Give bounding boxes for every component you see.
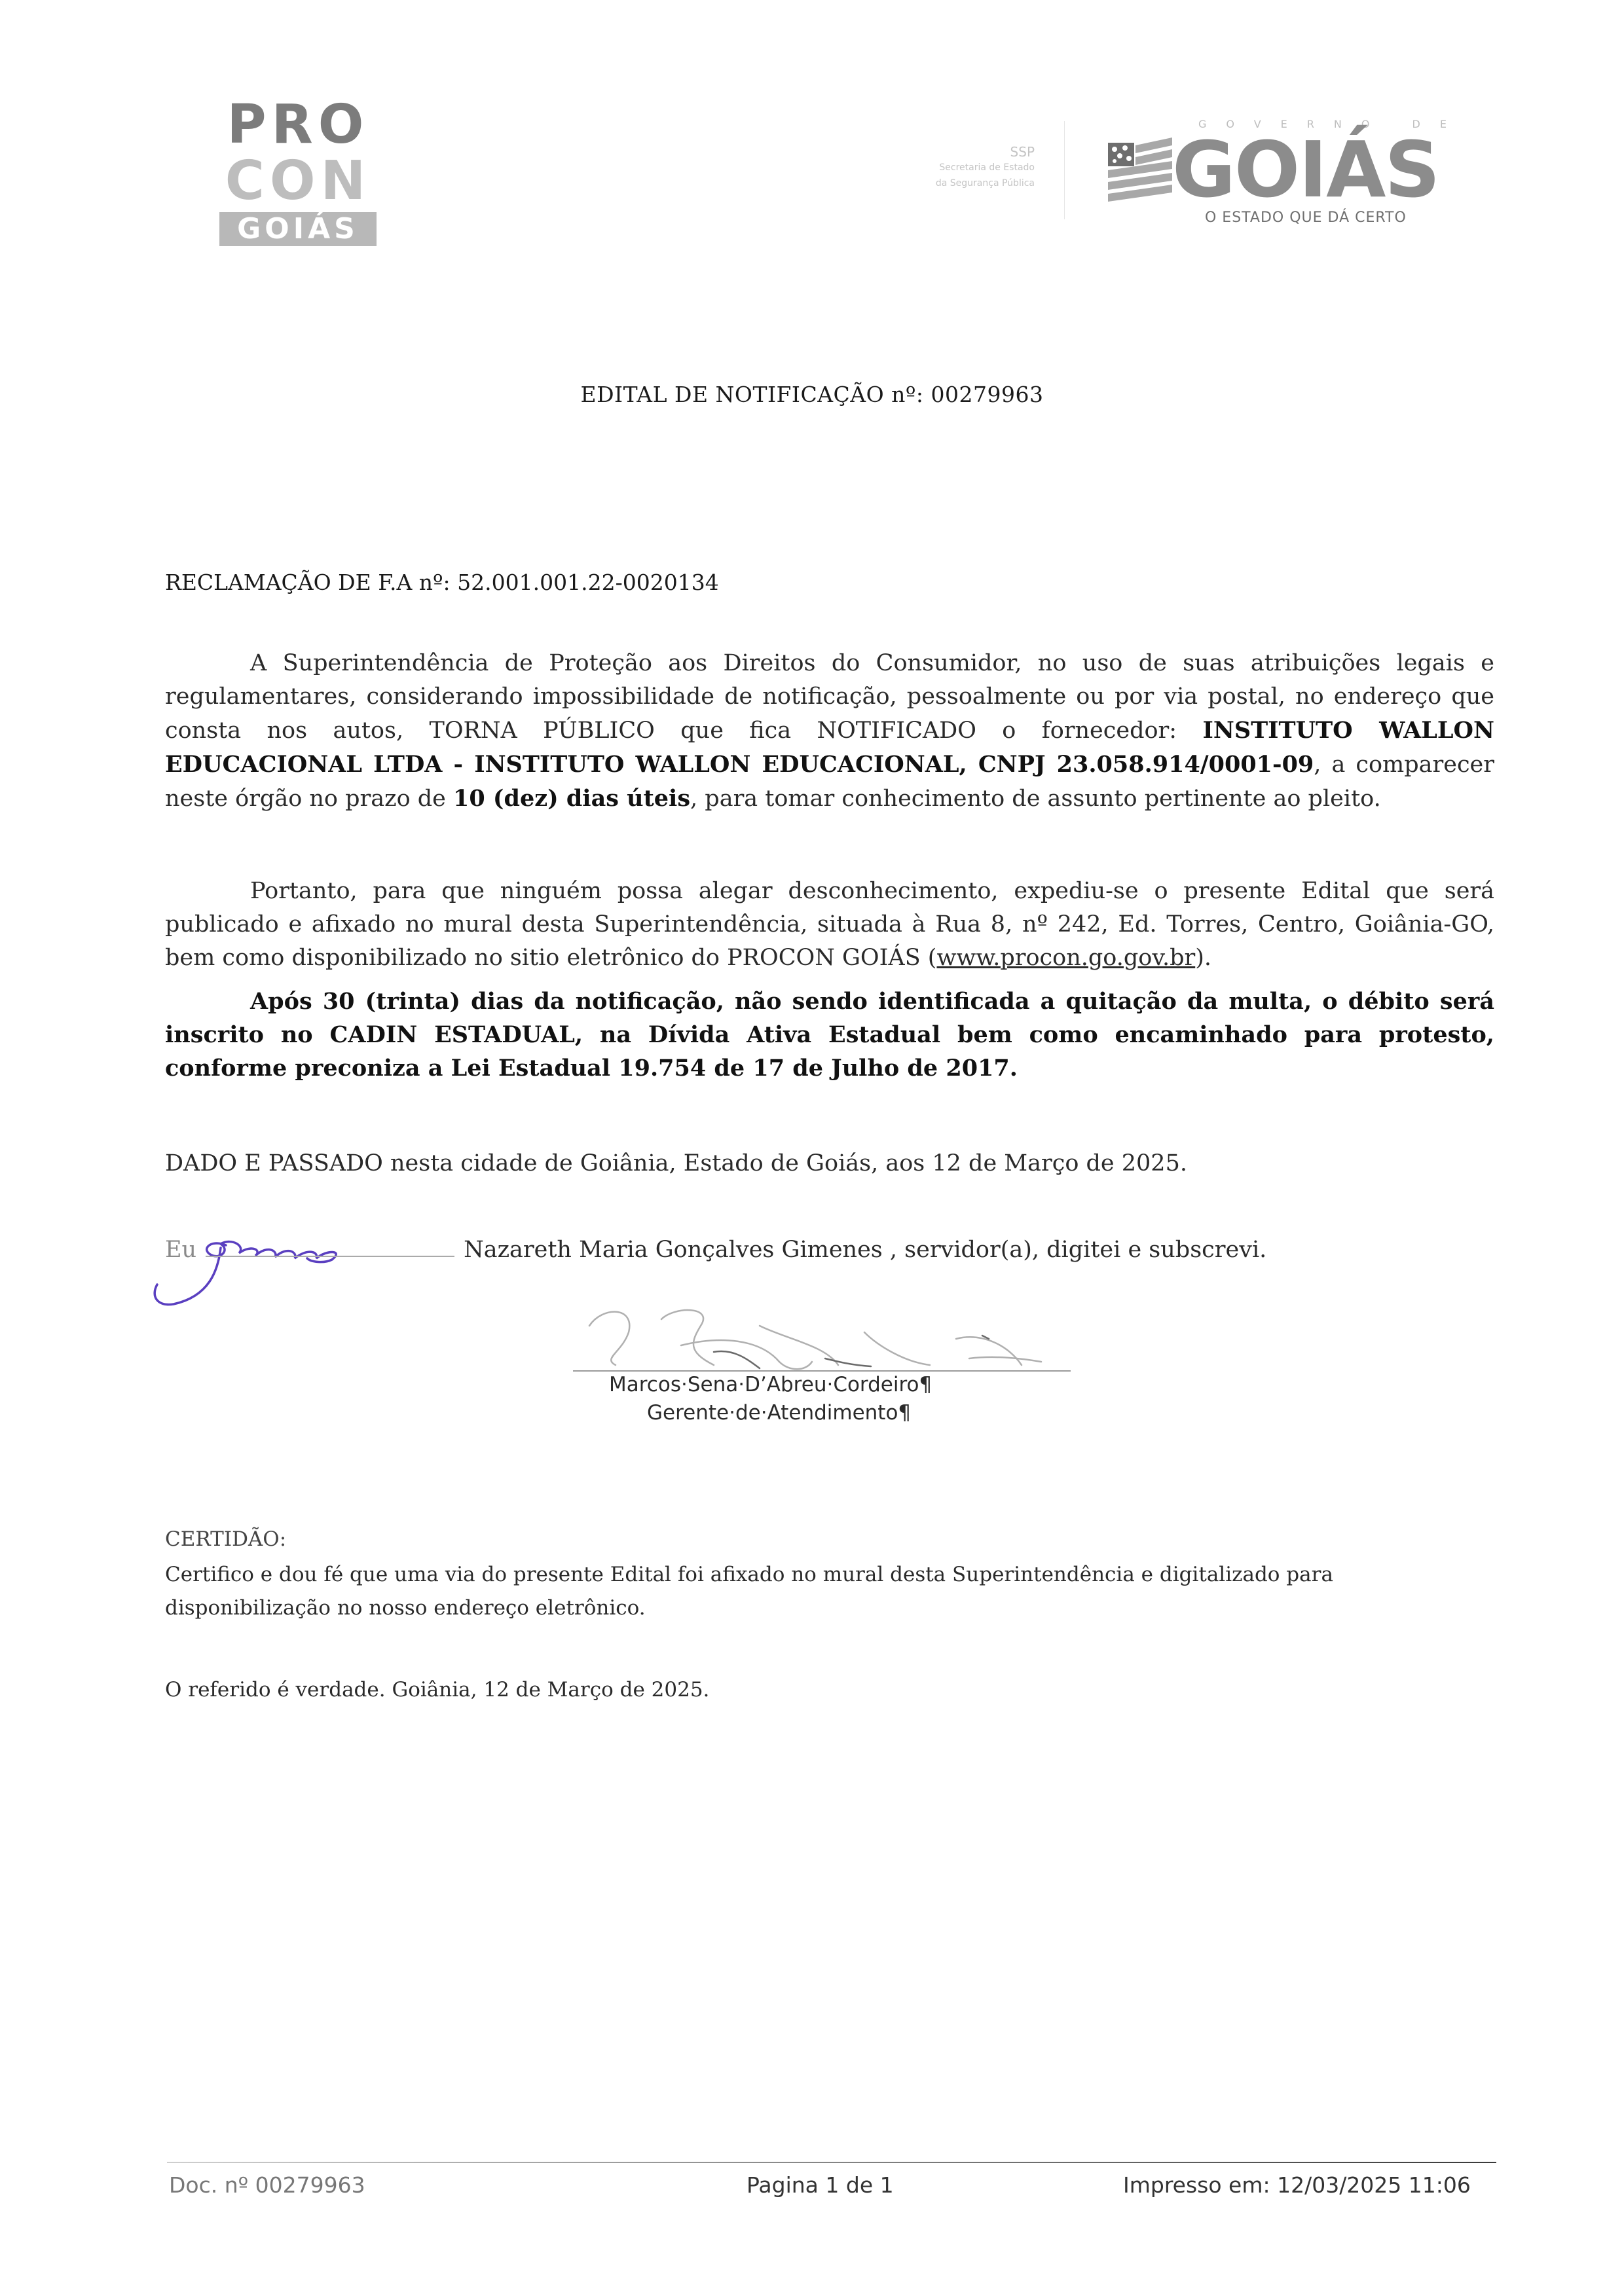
cadin-warning-paragraph: Após 30 (trinta) dias da notificação, nã… [165, 985, 1494, 1085]
typist-text: Nazareth Maria Gonçalves Gimenes , servi… [464, 1237, 1266, 1263]
gov-logo-name: GOIÁS [1172, 131, 1439, 208]
procon-logo-line3: GOIÁS [219, 212, 377, 246]
gov-logo-slogan: O ESTADO QUE DÁ CERTO [1205, 210, 1407, 226]
certidao-text: Certifico e dou fé que uma via do presen… [165, 1558, 1462, 1625]
goias-flag-icon [1107, 137, 1179, 206]
footer-page-number: Pagina 1 de 1 [747, 2172, 894, 2198]
signature-line [573, 1370, 1071, 1372]
ssp-line2: da Segurança Pública [864, 175, 1035, 191]
procon-logo-line2: CON [219, 155, 377, 208]
signature-blank [206, 1236, 454, 1257]
signer-role: Gerente·de·Atendimento¶ [647, 1401, 911, 1425]
procon-goias-logo: PRO CON GOIÁS [219, 98, 377, 246]
certidao-closing: O referido é verdade. Goiânia, 12 de Mar… [165, 1678, 709, 1702]
typist-prefix: Eu [165, 1237, 196, 1263]
header-divider [1064, 121, 1065, 219]
deadline: 10 (dez) dias úteis [453, 785, 690, 812]
document-title: EDITAL DE NOTIFICAÇÃO nº: 00279963 [0, 382, 1624, 407]
manager-signature [563, 1300, 1074, 1375]
signer-name: Marcos·Sena·D’Abreu·Cordeiro¶ [609, 1373, 932, 1396]
footer-doc-number: Doc. nº 00279963 [169, 2172, 365, 2198]
publication-paragraph: Portanto, para que ninguém possa alegar … [165, 875, 1494, 975]
ssp-abbr: SSP [864, 144, 1035, 160]
footer-divider [167, 2162, 1496, 2163]
footer-printed-at: Impresso em: 12/03/2025 11:06 [1123, 2172, 1471, 2198]
procon-website-link[interactable]: www.procon.go.gov.br [936, 945, 1195, 971]
dado-passado: DADO E PASSADO nesta cidade de Goiânia, … [165, 1150, 1187, 1176]
ssp-line1: Secretaria de Estado [864, 160, 1035, 175]
p2-text: Portanto, para que ninguém possa alegar … [165, 878, 1494, 971]
procon-logo-line1: PRO [219, 98, 377, 152]
certidao-label: CERTIDÃO: [165, 1527, 286, 1551]
p2-end: ). [1195, 945, 1211, 971]
ssp-logo: SSP Secretaria de Estado da Segurança Pú… [864, 144, 1035, 191]
notification-paragraph: A Superintendência de Proteção aos Direi… [165, 647, 1494, 816]
p1-end: , para tomar conhecimento de assunto per… [690, 786, 1381, 812]
reclamacao-number: RECLAMAÇÃO DE F.A nº: 52.001.001.22-0020… [165, 570, 719, 595]
typist-line: EuNazareth Maria Gonçalves Gimenes , ser… [165, 1236, 1266, 1263]
